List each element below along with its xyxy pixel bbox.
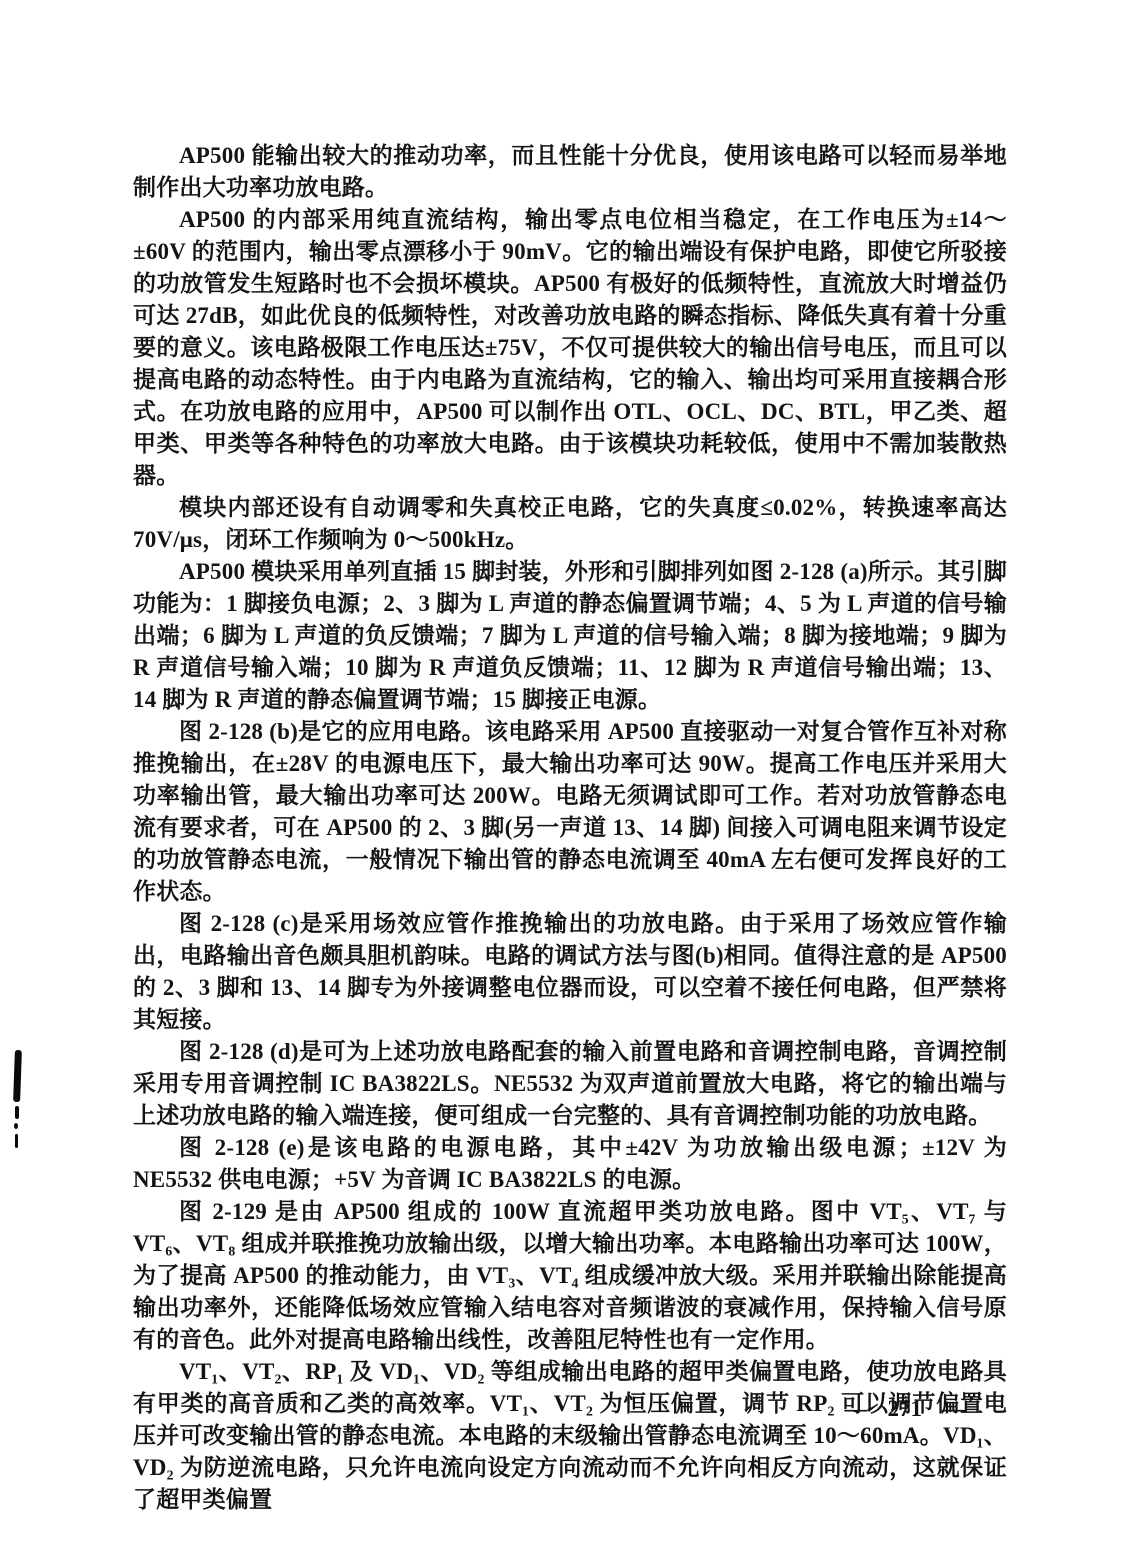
paragraph-auto-zero: 模块内部还设有自动调零和失真校正电路，它的失真度≤0.02%，转换速率高达 70…	[133, 492, 1007, 556]
scan-ink-smudge	[14, 1123, 18, 1129]
scan-ink-smudge	[15, 1134, 18, 1148]
paragraph-intro: AP500 能输出较大的推动功率，而且性能十分优良，使用该电路可以轻而易举地制作…	[133, 140, 1007, 204]
page-number: 271	[888, 1396, 923, 1422]
paragraph-fig-d-circuit: 图 2-128 (d)是可为上述功放电路配套的输入前置电路和音调控制电路，音调控…	[133, 1036, 1007, 1132]
scan-ink-smudge	[15, 1106, 19, 1119]
scan-ink-smudge	[13, 1050, 22, 1102]
paragraph-fig-129-circuit: 图 2-129 是由 AP500 组成的 100W 直流超甲类功放电路。图中 V…	[133, 1196, 1007, 1356]
body-text-column: AP500 能输出较大的推动功率，而且性能十分优良，使用该电路可以轻而易举地制作…	[133, 140, 1007, 1516]
scanned-book-page: AP500 能输出较大的推动功率，而且性能十分优良，使用该电路可以轻而易举地制作…	[0, 0, 1138, 1568]
paragraph-internal-structure: AP500 的内部采用纯直流结构，输出零点电位相当稳定，在工作电压为±14～±6…	[133, 204, 1007, 492]
paragraph-fig-e-power: 图 2-128 (e)是该电路的电源电路，其中±42V 为功放输出级电源；±12…	[133, 1132, 1007, 1196]
footer-dash-left: —	[845, 1396, 868, 1422]
paragraph-fig-b-circuit: 图 2-128 (b)是它的应用电路。该电路采用 AP500 直接驱动一对复合管…	[133, 716, 1007, 908]
footer-dash-right: —	[942, 1396, 965, 1422]
paragraph-fig-c-circuit: 图 2-128 (c)是采用场效应管作推挽输出的功放电路。由于采用了场效应管作输…	[133, 908, 1007, 1036]
paragraph-pinout: AP500 模块采用单列直插 15 脚封装，外形和引脚排列如图 2-128 (a…	[133, 556, 1007, 716]
paragraph-bias-circuit: VT₁、VT₂、RP₁ 及 VD₁、VD₂ 等组成输出电路的超甲类偏置电路，使功…	[133, 1356, 1007, 1516]
page-number-footer: — 271 —	[845, 1396, 966, 1422]
